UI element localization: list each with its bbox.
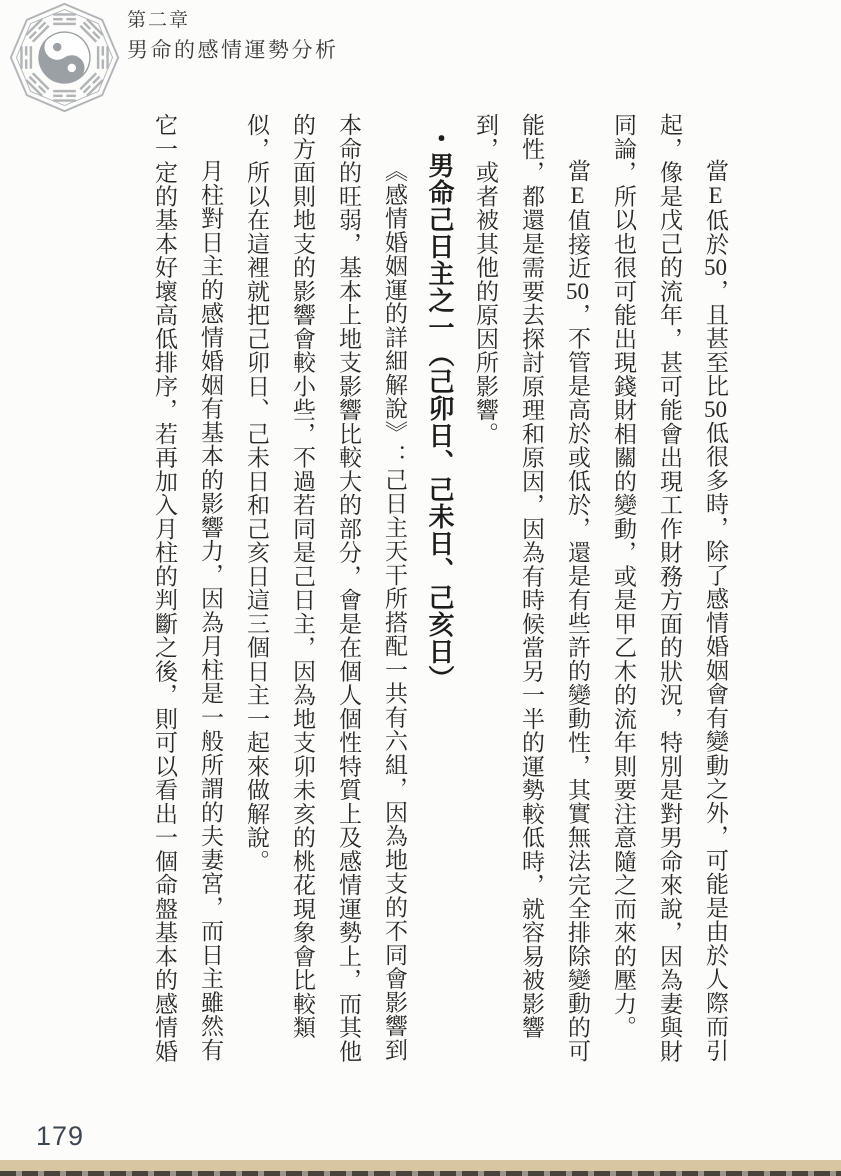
paragraph: 月柱對日主的感情婚姻有基本的影響力，因為月柱是一般所謂的夫妻宮，而日主雖然有它一… — [141, 113, 233, 1066]
body-text: 當E低於50，且甚至比50低很多時，除了感情婚姻會有變動之外，可能是由於人際而引… — [86, 113, 738, 1066]
paragraph: 《感情婚姻運的詳細解說》：己日主天干所搭配一共有六組，因為地支的不同會影響到本命… — [233, 113, 417, 1066]
bottom-margin-bar — [0, 1160, 841, 1171]
paragraph: 當E值接近50，不管是高於或低於，還是有些許的變動性，其實無法完全排除變動的可能… — [462, 113, 600, 1066]
chapter-title: 男命的感情運勢分析 — [127, 35, 339, 65]
section-heading: ・男命己日主之一（己卯日、己未日、己亥日） — [417, 113, 462, 1066]
chapter-number: 第二章 — [127, 9, 339, 33]
chapter-header: 第二章 男命的感情運勢分析 — [127, 9, 339, 65]
book-page: 第二章 男命的感情運勢分析 當E低於50，且甚至比50低很多時，除了感情婚姻會有… — [0, 0, 841, 1176]
book-edge-strip — [0, 1171, 841, 1176]
page-number: 179 — [36, 1121, 84, 1152]
bagua-yinyang-icon — [8, 1, 121, 114]
paragraph: 當E低於50，且甚至比50低很多時，除了感情婚姻會有變動之外，可能是由於人際而引… — [600, 113, 738, 1066]
